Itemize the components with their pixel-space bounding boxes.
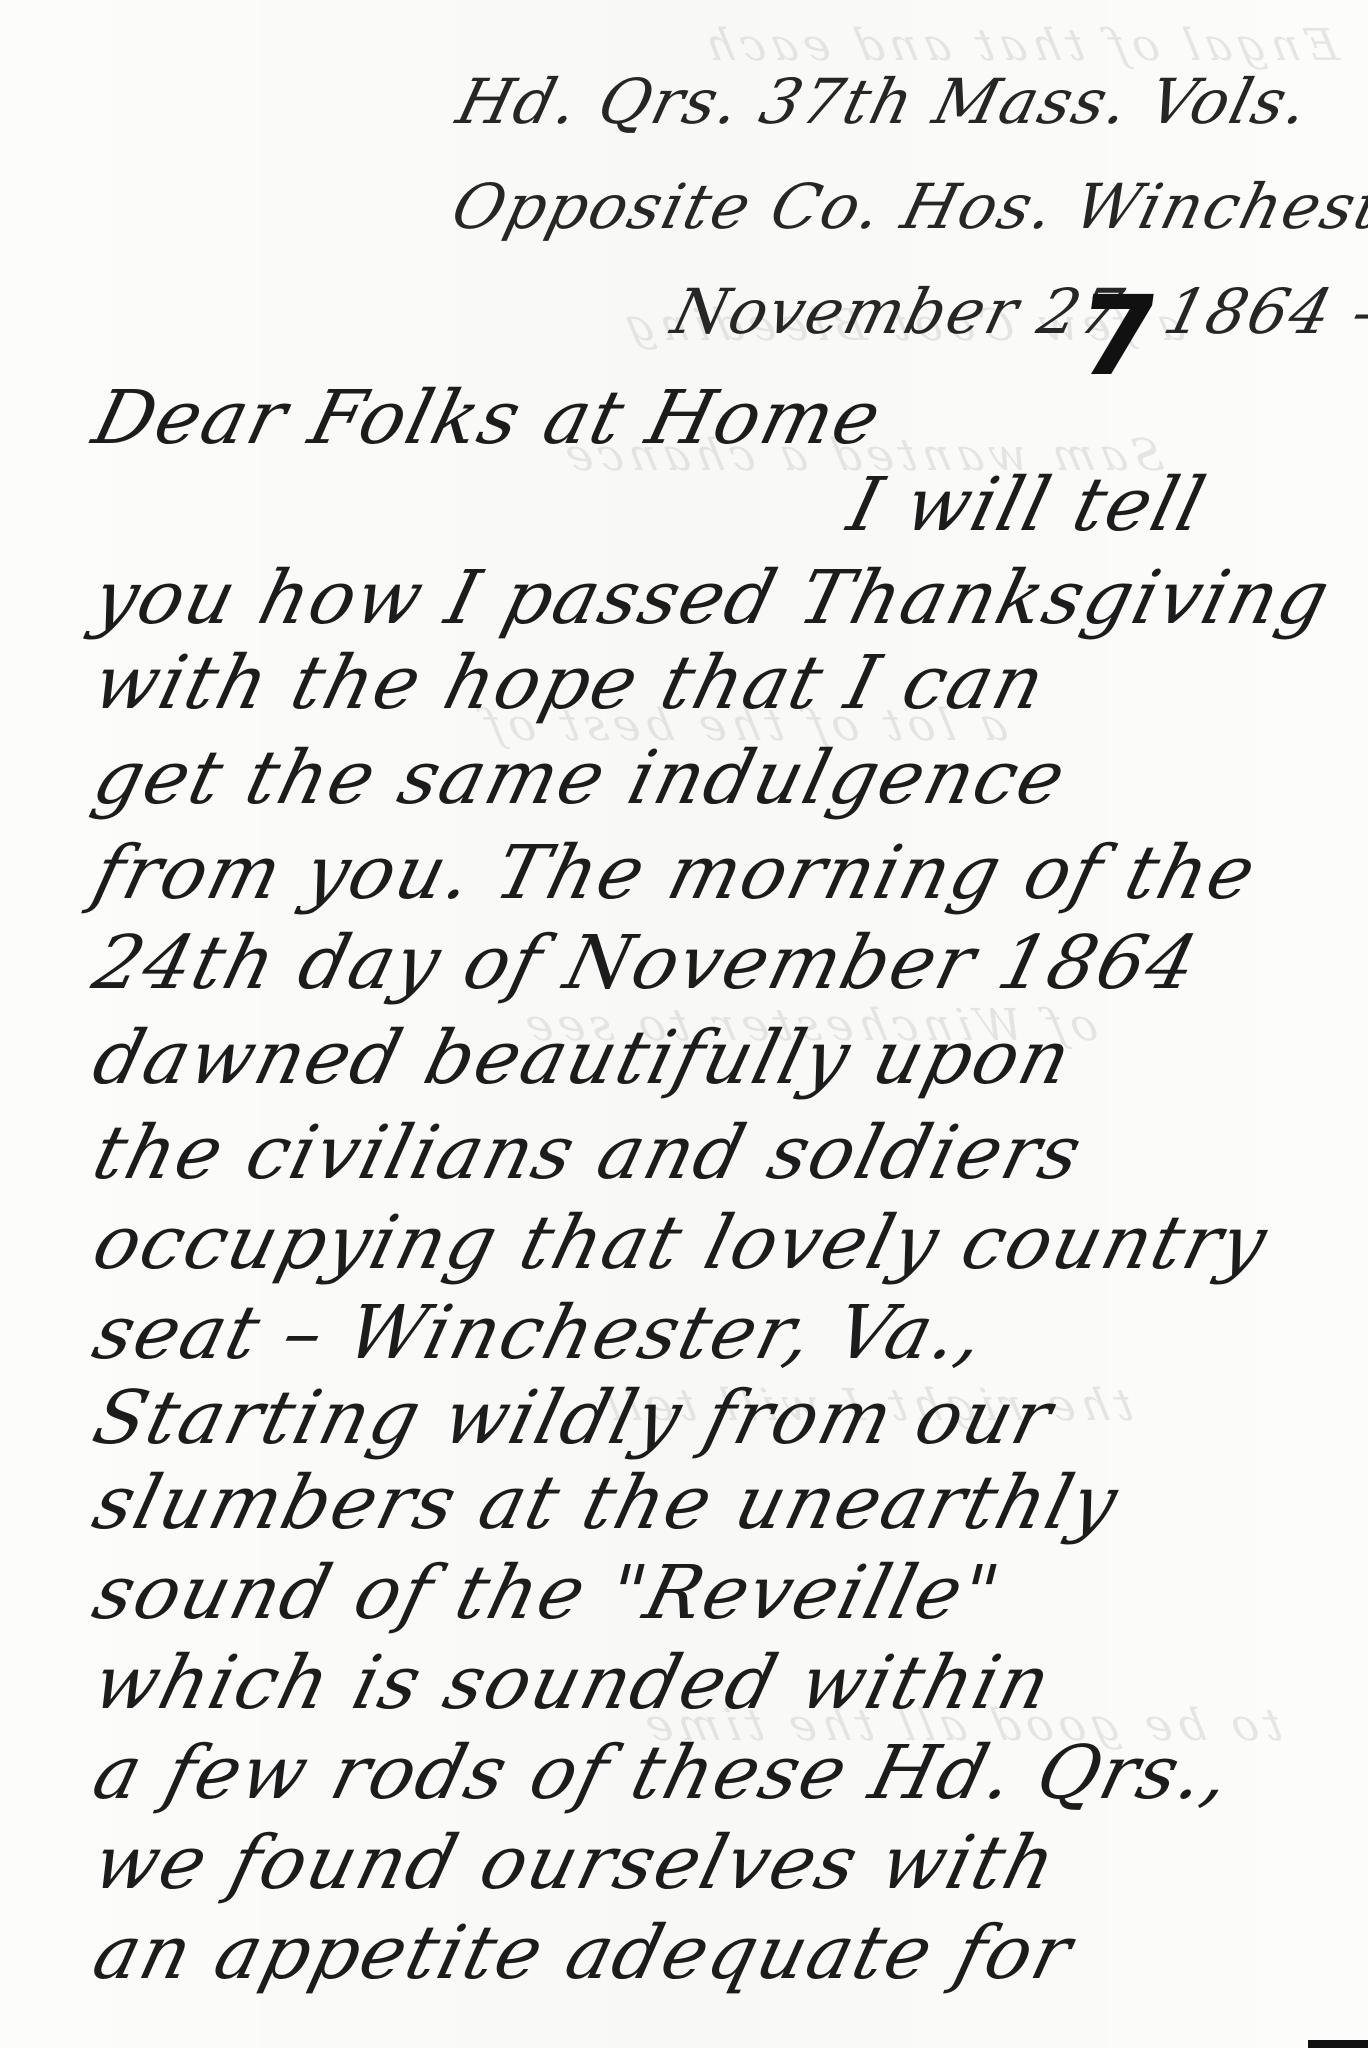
salutation: Dear Folks at Home — [85, 375, 891, 461]
letter-line: the civilians and soldiers — [85, 1110, 1091, 1196]
letter-line: you how I passed Thanksgiving — [85, 555, 1339, 641]
letter-date: November 27, 1864 – — [665, 275, 1368, 348]
date-correction-digit: 7 — [1071, 272, 1166, 400]
bleed-through-line: Engal of that and each — [695, 20, 1343, 71]
letter-line: dawned beautifully upon — [85, 1015, 1081, 1101]
letter-line: slumbers at the unearthly — [85, 1460, 1128, 1546]
letter-line: seat – Winchester, Va., — [85, 1290, 995, 1376]
letter-line: I will tell — [840, 462, 1215, 548]
letter-line: we found ourselves with — [85, 1820, 1066, 1906]
letter-line: get the same indulgence — [85, 735, 1075, 821]
letter-header-line-2: Opposite Co. Hos. Winchester, Va. — [445, 170, 1368, 243]
letter-line: a few rods of these Hd. Qrs., — [85, 1730, 1241, 1816]
scan-edge-mark — [1308, 2040, 1368, 2048]
letter-line: an appetite adequate for — [85, 1910, 1082, 1996]
letter-line: Starting wildly from our — [85, 1375, 1062, 1461]
letter-page: Engal of that and each a few Coot Bleedi… — [0, 0, 1368, 2048]
letter-header-line-1: Hd. Qrs. 37th Mass. Vols. — [450, 65, 1318, 138]
letter-line: 24th day of November 1864 — [85, 920, 1207, 1006]
letter-line: from you. The morning of the — [85, 830, 1265, 916]
letter-line: sound of the "Reveille" — [85, 1550, 1009, 1636]
letter-line: occupying that lovely country — [85, 1200, 1277, 1286]
letter-line: with the hope that I can — [85, 640, 1055, 726]
letter-line: which is sounded within — [85, 1640, 1061, 1726]
